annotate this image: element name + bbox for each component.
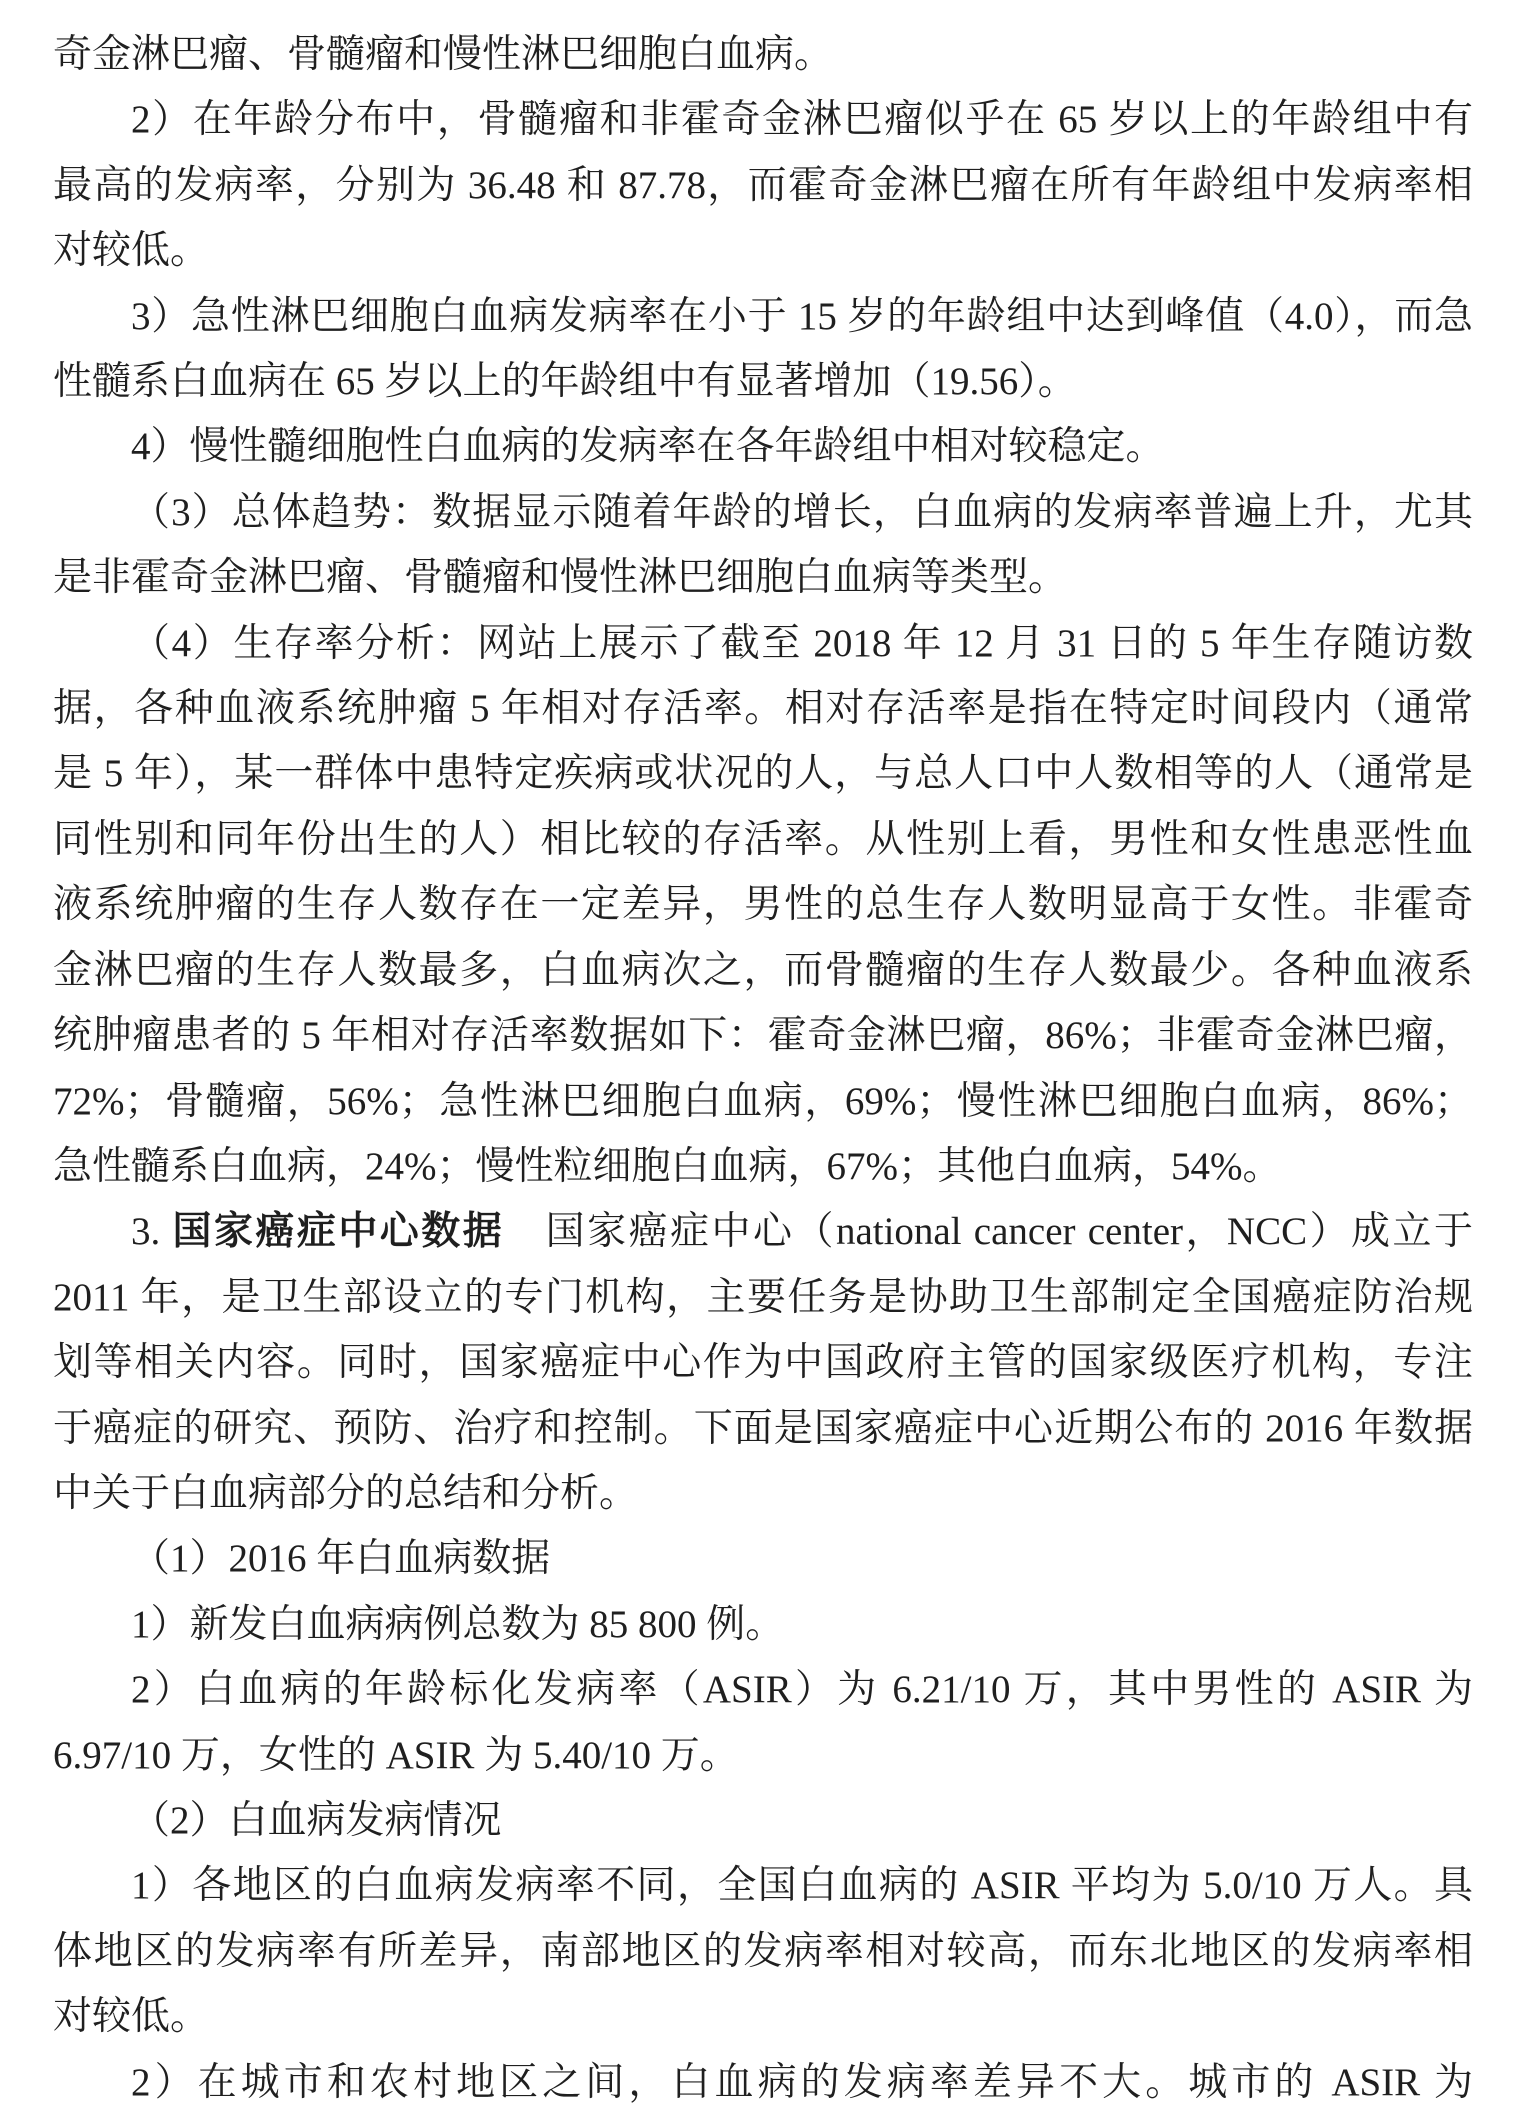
text-line-28: （2）白血病发病情况 [53,1788,1473,1853]
text-line-13: 同性别和同年份出生的人）相比较的存活率。从性别上看，男性和女性患恶性血 [53,807,1473,872]
text-segment: 国家癌症中心（national cancer center，NCC）成立于 [504,1210,1473,1253]
text-line-14: 液系统肿瘤的生存人数存在一定差异，男性的总生存人数明显高于女性。非霍奇 [53,872,1473,937]
text-line-21: 划等相关内容。同时，国家癌症中心作为中国政府主管的国家级医疗机构，专注 [53,1330,1473,1395]
text-line-31: 对较低。 [53,1984,1473,2049]
text-line-22: 于癌症的研究、预防、治疗和控制。下面是国家癌症中心近期公布的 2016 年数据 [53,1396,1473,1461]
text-block: 奇金淋巴瘤、骨髓瘤和慢性淋巴细胞白血病。2）在年龄分布中，骨髓瘤和非霍奇金淋巴瘤… [53,22,1473,2115]
text-line-20: 2011 年，是卫生部设立的专门机构，主要任务是协助卫生部制定全国癌症防治规 [53,1265,1473,1330]
text-line-18: 急性髓系白血病，24%；慢性粒细胞白血病，67%；其他白血病，54%。 [53,1134,1473,1199]
text-line-26: 2）白血病的年龄标化发病率（ASIR）为 6.21/10 万，其中男性的 ASI… [53,1657,1473,1722]
text-line-12: 是 5 年），某一群体中患特定疾病或状况的人，与总人口中人数相等的人（通常是 [53,741,1473,806]
text-line-30: 体地区的发病率有所差异，南部地区的发病率相对较高，而东北地区的发病率相 [53,1919,1473,1984]
text-line-17: 72%；骨髓瘤，56%；急性淋巴细胞白血病，69%；慢性淋巴细胞白血病，86%； [53,1069,1473,1134]
text-line-27: 6.97/10 万，女性的 ASIR 为 5.40/10 万。 [53,1723,1473,1788]
text-line-3: 最高的发病率，分别为 36.48 和 87.78，而霍奇金淋巴瘤在所有年龄组中发… [53,153,1473,218]
section-heading: 国家癌症中心数据 [172,1210,504,1253]
text-line-8: （3）总体趋势：数据显示随着年龄的增长，白血病的发病率普遍上升，尤其 [53,480,1473,545]
text-line-25: 1）新发白血病病例总数为 85 800 例。 [53,1592,1473,1657]
text-line-4: 对较低。 [53,218,1473,283]
text-line-29: 1）各地区的白血病发病率不同，全国白血病的 ASIR 平均为 5.0/10 万人… [53,1853,1473,1918]
scanned-document-page: { "page": { "colors": { "background": "#… [0,0,1536,2118]
text-line-9: 是非霍奇金淋巴瘤、骨髓瘤和慢性淋巴细胞白血病等类型。 [53,545,1473,610]
text-line-5: 3）急性淋巴细胞白血病发病率在小于 15 岁的年龄组中达到峰值（4.0），而急 [53,284,1473,349]
page: 奇金淋巴瘤、骨髓瘤和慢性淋巴细胞白血病。2）在年龄分布中，骨髓瘤和非霍奇金淋巴瘤… [0,0,1536,2118]
text-line-7: 4）慢性髓细胞性白血病的发病率在各年龄组中相对较稳定。 [53,414,1473,479]
text-segment: 3. [131,1210,172,1253]
text-line-11: 据，各种血液系统肿瘤 5 年相对存活率。相对存活率是指在特定时间段内（通常 [53,676,1473,741]
text-line-15: 金淋巴瘤的生存人数最多，白血病次之，而骨髓瘤的生存人数最少。各种血液系 [53,938,1473,1003]
text-line-2: 2）在年龄分布中，骨髓瘤和非霍奇金淋巴瘤似乎在 65 岁以上的年龄组中有 [53,87,1473,152]
text-line-10: （4）生存率分析：网站上展示了截至 2018 年 12 月 31 日的 5 年生… [53,611,1473,676]
text-line-32: 2）在城市和农村地区之间，白血病的发病率差异不大。城市的 ASIR 为 [53,2050,1473,2115]
text-line-16: 统肿瘤患者的 5 年相对存活率数据如下：霍奇金淋巴瘤，86%；非霍奇金淋巴瘤， [53,1003,1473,1068]
text-line-23: 中关于白血病部分的总结和分析。 [53,1461,1473,1526]
text-line-6: 性髓系白血病在 65 岁以上的年龄组中有显著增加（19.56）。 [53,349,1473,414]
text-line-19: 3. 国家癌症中心数据 国家癌症中心（national cancer cente… [53,1199,1473,1264]
text-line-1: 奇金淋巴瘤、骨髓瘤和慢性淋巴细胞白血病。 [53,22,1473,87]
text-line-24: （1）2016 年白血病数据 [53,1526,1473,1591]
